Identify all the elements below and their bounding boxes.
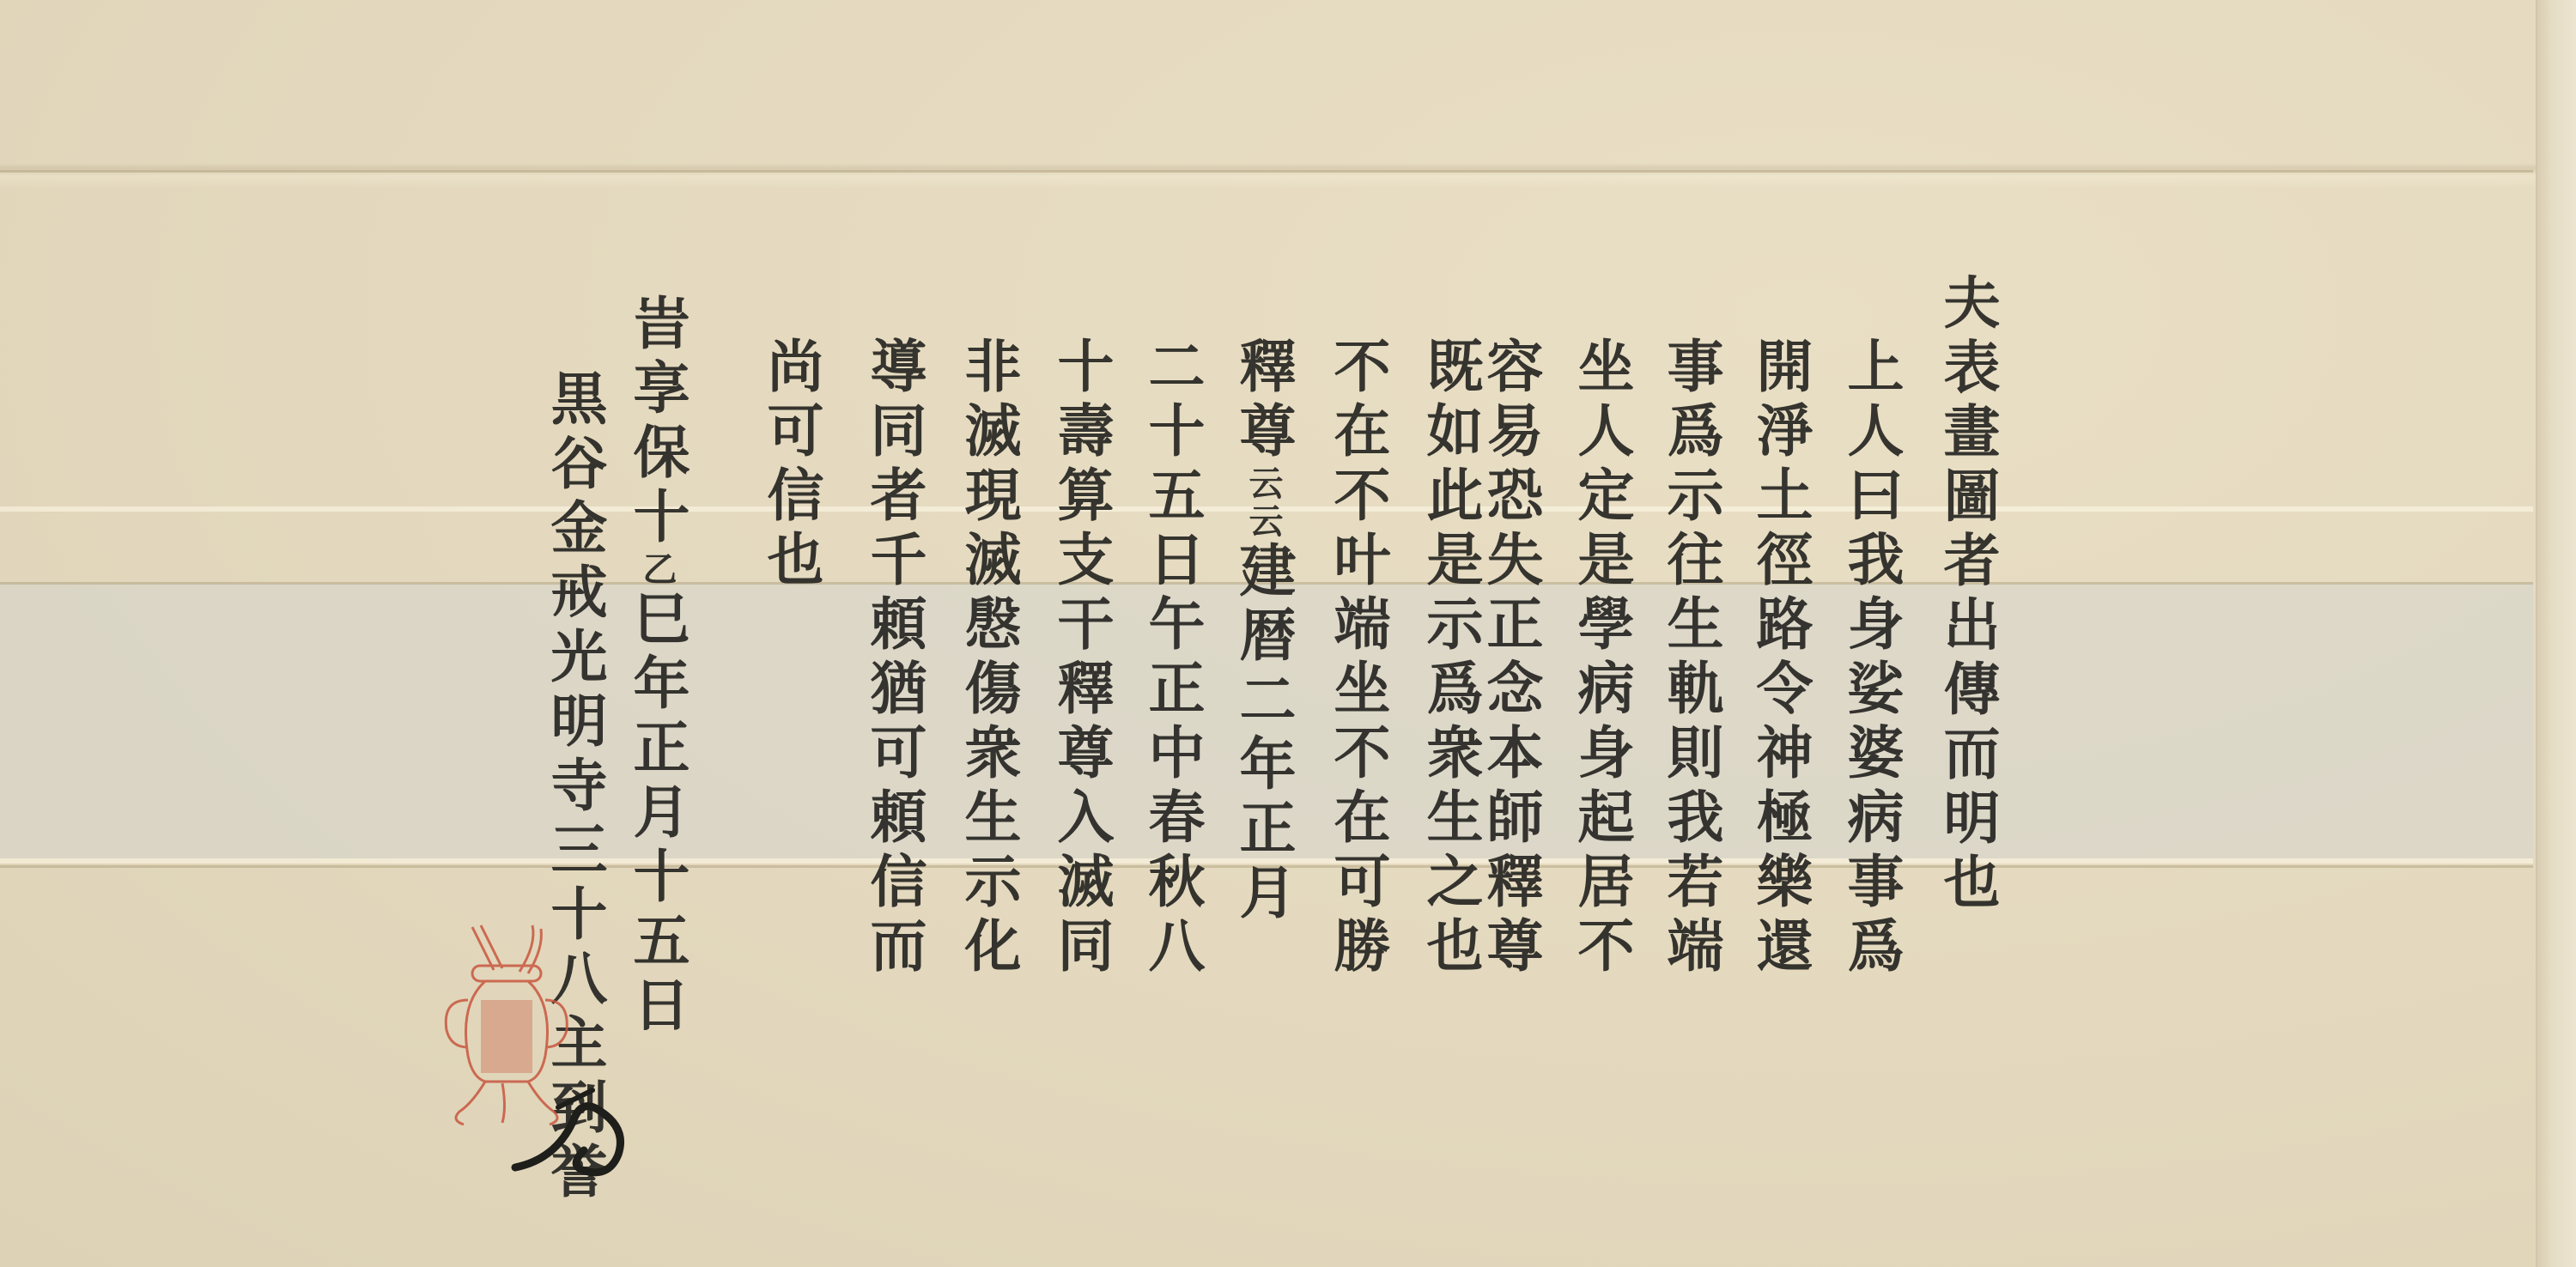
text-column-13: 導同者千頼猶可頼信而 xyxy=(866,336,922,980)
text-column-5: 坐人定是學病身起居不 xyxy=(1573,336,1630,980)
text-column-6: 容易恐失正念本師釋尊 xyxy=(1482,336,1539,980)
date-rest: 巳年正月十五日 xyxy=(623,589,690,1040)
date-cyclical-small: 乙 xyxy=(637,551,677,589)
text-column-9: 釋尊云云建暦二年正月 xyxy=(1235,336,1291,927)
text-column-11: 十壽算支干釋尊入滅同 xyxy=(1053,336,1109,980)
kao-signature-icon xyxy=(507,1082,661,1193)
column-9-date: 建暦二年正月 xyxy=(1230,541,1297,927)
text-column-4: 事爲示往生軌則我若端 xyxy=(1662,336,1719,980)
text-column-1: 夫表畫圖者出傳而明也 xyxy=(1939,273,1996,917)
text-column-3: 開淨土徑路令神極樂還 xyxy=(1752,336,1808,980)
text-column-14: 尚可信也 xyxy=(762,336,819,594)
text-column-12: 非滅現滅慇傷衆生示化 xyxy=(960,336,1017,980)
text-column-7: 既如此是示爲衆生之也 xyxy=(1422,336,1479,980)
date-era: 旹享保十 xyxy=(623,294,690,551)
fold-line xyxy=(0,170,2533,173)
date-line: 旹享保十乙巳年正月十五日 xyxy=(629,294,685,1040)
column-9-main: 釋尊 xyxy=(1230,336,1297,465)
column-9-small: 云云 xyxy=(1243,465,1284,541)
text-column-8: 不在不叶端坐不在可勝 xyxy=(1329,336,1386,980)
text-column-2: 上人曰我身娑婆病事爲 xyxy=(1843,336,1899,980)
text-column-10: 二十五日午正中春秋八 xyxy=(1144,336,1200,980)
paper-right-edge xyxy=(2536,0,2576,1267)
